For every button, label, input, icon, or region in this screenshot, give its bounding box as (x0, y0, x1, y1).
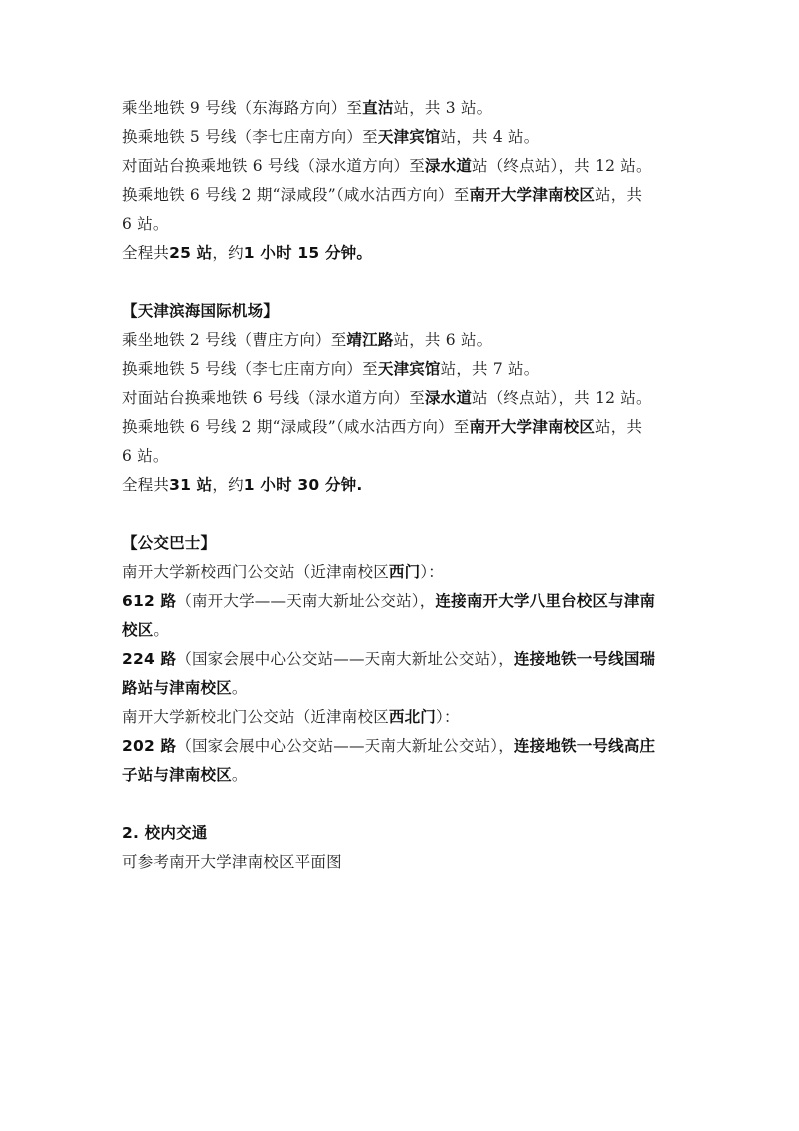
text: 南开大学新校北门公交站（近津南校区 (122, 708, 389, 726)
text: 6 站。 (122, 447, 169, 465)
airport-step-4-cont: 6 站。 (122, 442, 682, 471)
text: 站，共 6 站。 (394, 331, 493, 349)
duration: 1 小时 30 分钟. (244, 476, 363, 494)
station-count: 25 站 (169, 244, 212, 262)
route-connection: 连接南开大学八里台校区与津南 (435, 592, 655, 610)
station-name: 天津宾馆 (378, 128, 441, 146)
metro-step-1: 乘坐地铁 9 号线（东海路方向）至直沽站，共 3 站。 (122, 94, 682, 123)
metro-step-4-cont: 6 站。 (122, 210, 682, 239)
route-connection: 连接地铁一号线高庄 (514, 737, 655, 755)
airport-step-1: 乘坐地铁 2 号线（曹庄方向）至靖江路站，共 6 站。 (122, 326, 682, 355)
text: 换乘地铁 5 号线（李七庄南方向）至 (122, 128, 378, 146)
text: 6 站。 (122, 215, 169, 233)
bus-route-612-cont: 校区。 (122, 616, 682, 645)
station-name: 渌水道 (425, 157, 472, 175)
route-desc: （南开大学——天南大新址公交站）， (176, 592, 435, 610)
bus-north-stop: 南开大学新校北门公交站（近津南校区西北门）： (122, 703, 682, 732)
station-name: 直沽 (362, 99, 393, 117)
airport-step-4: 换乘地铁 6 号线 2 期“渌咸段”（咸水沽西方向）至南开大学津南校区站，共 (122, 413, 682, 442)
text: ，约 (212, 476, 243, 494)
bus-route-202: 202 路（国家会展中心公交站——天南大新址公交站），连接地铁一号线高庄 (122, 732, 682, 761)
text: 站，共 (595, 418, 642, 436)
route-desc: （国家会展中心公交站——天南大新址公交站）， (176, 650, 514, 668)
text: 全程共 (122, 244, 169, 262)
bus-route-202-cont: 子站与津南校区。 (122, 761, 682, 790)
route-desc: （国家会展中心公交站——天南大新址公交站）， (176, 737, 514, 755)
duration: 1 小时 15 分钟。 (244, 244, 372, 262)
text: 换乘地铁 6 号线 2 期“渌咸段”（咸水沽西方向）至 (122, 186, 469, 204)
text: 站，共 3 站。 (394, 99, 493, 117)
airport-summary: 全程共31 站，约1 小时 30 分钟. (122, 471, 682, 500)
route-number: 202 路 (122, 737, 176, 755)
text: 换乘地铁 5 号线（李七庄南方向）至 (122, 360, 378, 378)
station-count: 31 站 (169, 476, 212, 494)
text: ）： (420, 563, 444, 581)
route-connection: 子站与津南校区 (122, 766, 232, 784)
airport-heading: 【天津滨海国际机场】 (122, 297, 682, 326)
metro-step-4: 换乘地铁 6 号线 2 期“渌咸段”（咸水沽西方向）至南开大学津南校区站，共 (122, 181, 682, 210)
text: 。 (232, 679, 248, 697)
text: 站，共 7 站。 (441, 360, 540, 378)
text: 站（终点站），共 12 站。 (472, 389, 652, 407)
text: ，约 (212, 244, 243, 262)
station-name: 南开大学津南校区 (469, 186, 595, 204)
bus-west-stop: 南开大学新校西门公交站（近津南校区西门）： (122, 558, 682, 587)
bus-route-612: 612 路（南开大学——天南大新址公交站），连接南开大学八里台校区与津南 (122, 587, 682, 616)
metro-summary: 全程共25 站，约1 小时 15 分钟。 (122, 239, 682, 268)
text: 换乘地铁 6 号线 2 期“渌咸段”（咸水沽西方向）至 (122, 418, 469, 436)
text: 南开大学新校西门公交站（近津南校区 (122, 563, 389, 581)
bus-route-224-cont: 路站与津南校区。 (122, 674, 682, 703)
text: 乘坐地铁 9 号线（东海路方向）至 (122, 99, 362, 117)
route-number: 224 路 (122, 650, 176, 668)
metro-step-3: 对面站台换乘地铁 6 号线（渌水道方向）至渌水道站（终点站），共 12 站。 (122, 152, 682, 181)
text: 。 (153, 621, 169, 639)
bus-heading: 【公交巴士】 (122, 529, 682, 558)
route-connection: 连接地铁一号线国瑞 (514, 650, 655, 668)
station-name: 南开大学津南校区 (469, 418, 595, 436)
gate-name: 西北门 (389, 708, 436, 726)
text: 站，共 4 站。 (441, 128, 540, 146)
route-connection: 校区 (122, 621, 153, 639)
metro-step-2: 换乘地铁 5 号线（李七庄南方向）至天津宾馆站，共 4 站。 (122, 123, 682, 152)
text: ）： (436, 708, 460, 726)
text: 对面站台换乘地铁 6 号线（渌水道方向）至 (122, 389, 425, 407)
text: 站，共 (595, 186, 642, 204)
campus-heading: 2. 校内交通 (122, 819, 682, 848)
campus-text: 可参考南开大学津南校区平面图 (122, 848, 682, 877)
airport-step-2: 换乘地铁 5 号线（李七庄南方向）至天津宾馆站，共 7 站。 (122, 355, 682, 384)
text: 站（终点站），共 12 站。 (472, 157, 652, 175)
station-name: 渌水道 (425, 389, 472, 407)
text: 对面站台换乘地铁 6 号线（渌水道方向）至 (122, 157, 425, 175)
airport-step-3: 对面站台换乘地铁 6 号线（渌水道方向）至渌水道站（终点站），共 12 站。 (122, 384, 682, 413)
text: 。 (232, 766, 248, 784)
bus-route-224: 224 路（国家会展中心公交站——天南大新址公交站），连接地铁一号线国瑞 (122, 645, 682, 674)
document-page: 乘坐地铁 9 号线（东海路方向）至直沽站，共 3 站。 换乘地铁 5 号线（李七… (122, 94, 682, 877)
route-connection: 路站与津南校区 (122, 679, 232, 697)
route-number: 612 路 (122, 592, 176, 610)
text: 乘坐地铁 2 号线（曹庄方向）至 (122, 331, 346, 349)
station-name: 天津宾馆 (378, 360, 441, 378)
gate-name: 西门 (389, 563, 420, 581)
station-name: 靖江路 (346, 331, 393, 349)
text: 全程共 (122, 476, 169, 494)
